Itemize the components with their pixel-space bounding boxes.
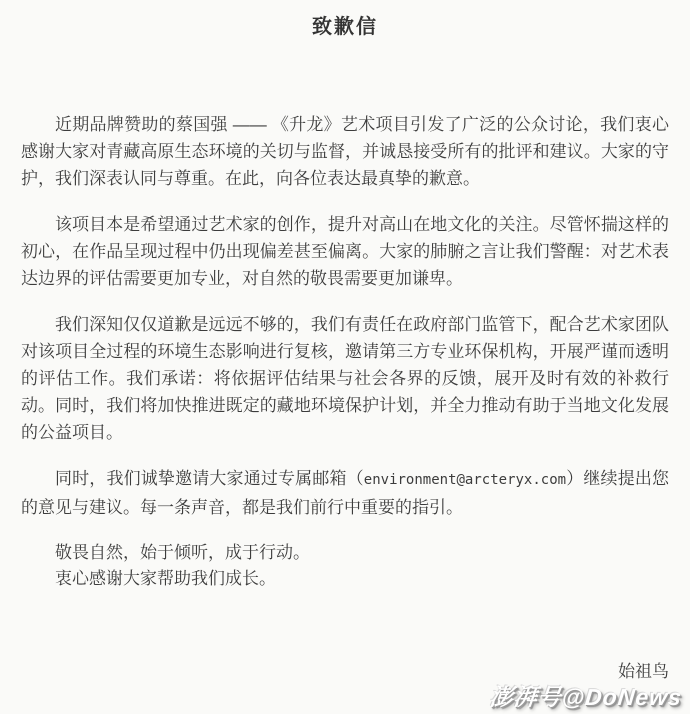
apology-letter-page: 致歉信 近期品牌赞助的蔡国强 —— 《升龙》艺术项目引发了广泛的公众讨论，我们衷… <box>0 0 690 714</box>
paragraph-project-intent: 该项目本是希望通过艺术家的创作，提升对高山在地文化的关注。尽管怀揣这样的初心，在… <box>21 211 669 292</box>
paragraph-intro-apology: 近期品牌赞助的蔡国强 —— 《升龙》艺术项目引发了广泛的公众讨论，我们衷心感谢大… <box>21 111 669 192</box>
letter-title: 致歉信 <box>0 0 690 41</box>
feedback-text-pre: 同时，我们诚挚邀请大家通过专属邮箱（ <box>55 469 364 488</box>
paragraph-remediation-commitment: 我们深知仅仅道歉是远远不够的，我们有责任在政府部门监管下，配合艺术家团队对该项目… <box>21 311 669 446</box>
paragraph-feedback-invitation: 同时，我们诚挚邀请大家通过专属邮箱（environment@arcteryx.c… <box>21 465 669 521</box>
platform-watermark: 澎湃号@DoNews <box>488 679 684 712</box>
letter-body: 近期品牌赞助的蔡国强 —— 《升龙》艺术项目引发了广泛的公众讨论，我们衷心感谢大… <box>0 111 690 685</box>
feedback-email-address: environment@arcteryx.com <box>364 472 566 488</box>
closing-motto-line: 敬畏自然，始于倾听，成于行动。 <box>21 540 669 566</box>
closing-thanks-line: 衷心感谢大家帮助我们成长。 <box>21 566 669 592</box>
closing-lines: 敬畏自然，始于倾听，成于行动。 衷心感谢大家帮助我们成长。 <box>21 540 669 592</box>
